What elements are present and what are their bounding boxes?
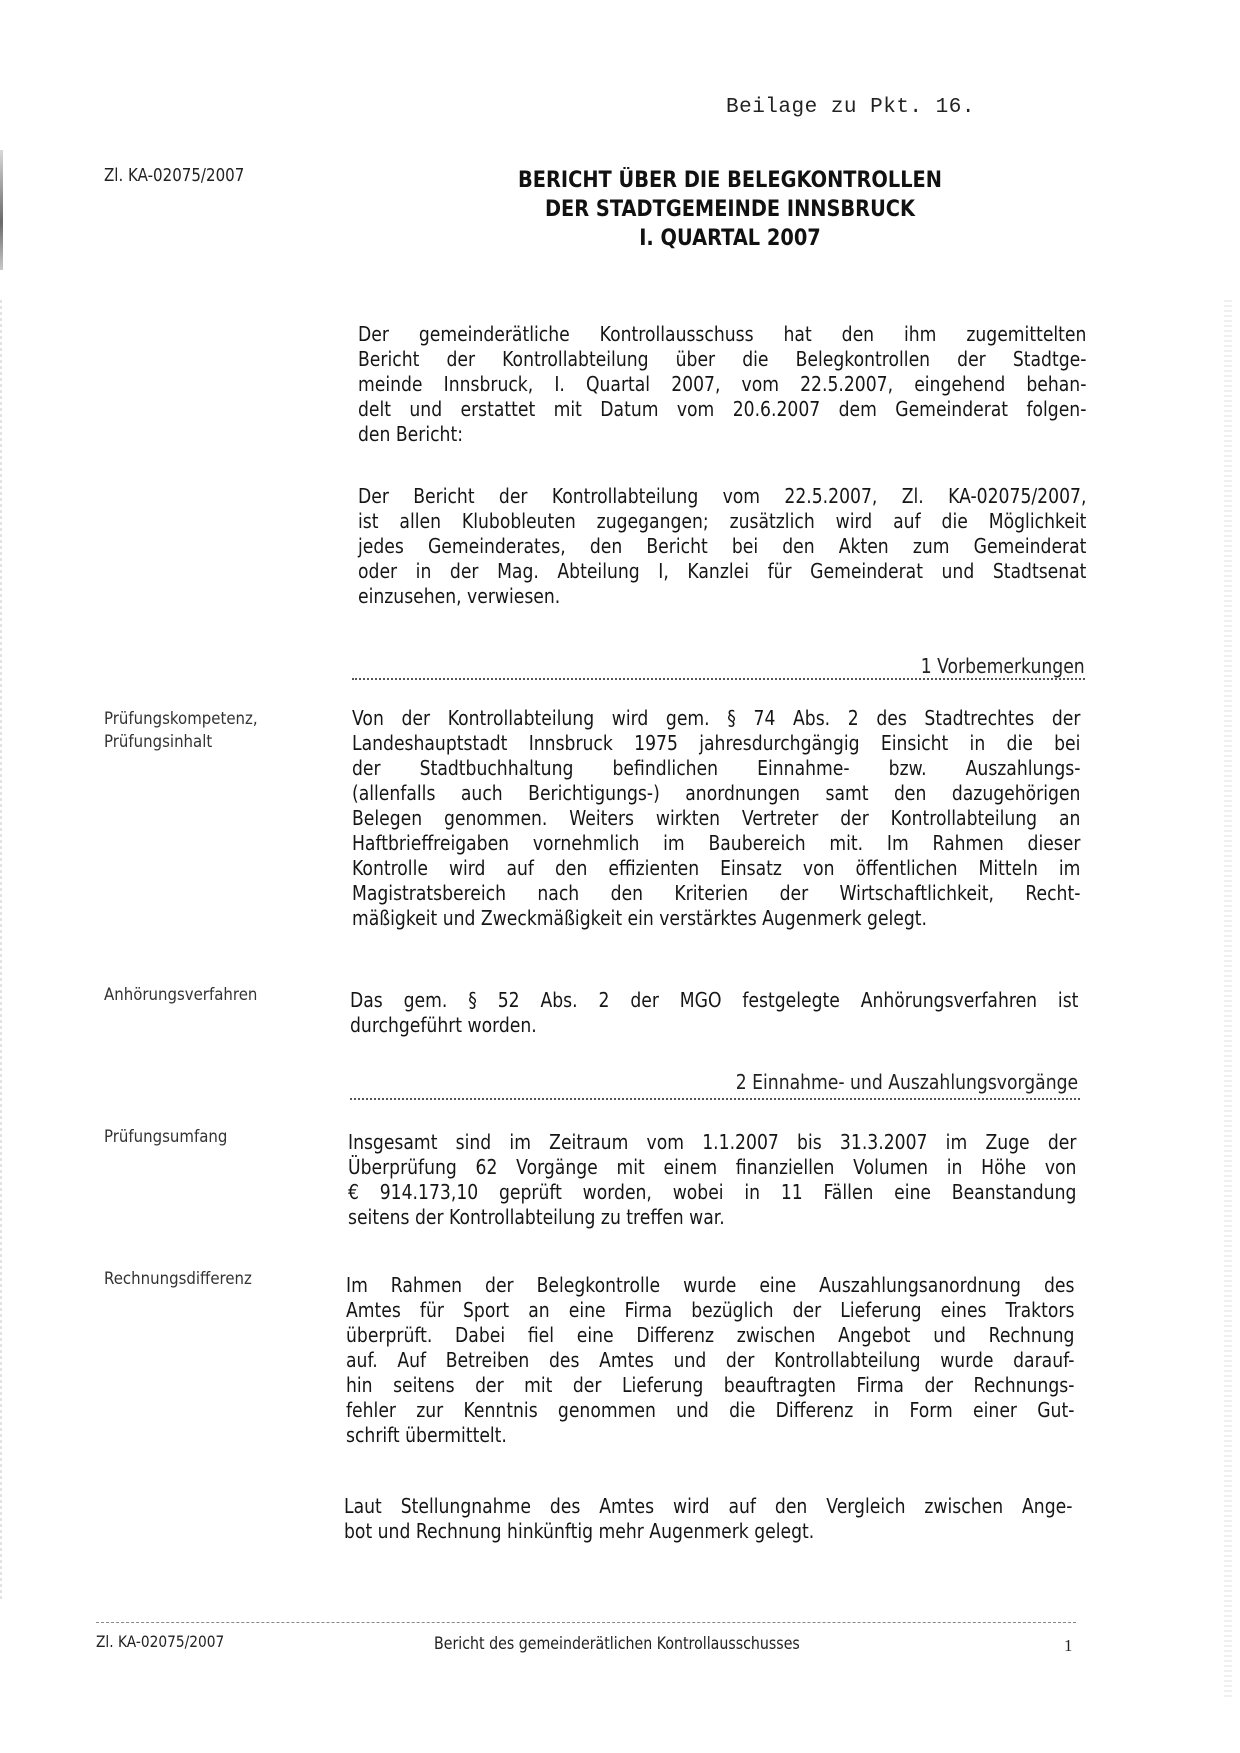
margin-label-pruefungsumfang: Prüfungsumfang bbox=[104, 1126, 227, 1149]
text-line: Magistratsbereich nach den Kriterien der… bbox=[352, 881, 1080, 906]
text-line: jedes Gemeinderates, den Bericht bei den… bbox=[358, 534, 1086, 559]
text-line: bot und Rechnung hinkünftig mehr Augenme… bbox=[344, 1519, 1072, 1544]
text-line: überprüft. Dabei fiel eine Differenz zwi… bbox=[346, 1323, 1074, 1348]
paragraph-anhoerungsverfahren: Das gem. § 52 Abs. 2 der MGO festgelegte… bbox=[350, 988, 1197, 1038]
text-line: Das gem. § 52 Abs. 2 der MGO festgelegte… bbox=[350, 988, 1078, 1013]
text-line: Insgesamt sind im Zeitraum vom 1.1.2007 … bbox=[348, 1130, 1076, 1155]
intro-paragraph-2: Der Bericht der Kontrollabteilung vom 22… bbox=[358, 484, 1205, 609]
text-line: schrift übermittelt. bbox=[346, 1423, 1074, 1448]
footer-title: Bericht des gemeinderätlichen Kontrollau… bbox=[434, 1634, 800, 1653]
section-divider bbox=[352, 678, 1085, 680]
text-line: Im Rahmen der Belegkontrolle wurde eine … bbox=[346, 1273, 1074, 1298]
scan-edge-artifact bbox=[0, 300, 2, 1600]
text-line: auf. Auf Betreiben des Amtes und der Kon… bbox=[346, 1348, 1074, 1373]
text-line: Kontrolle wird auf den effizienten Einsa… bbox=[352, 856, 1080, 881]
reference-number: Zl. KA-02075/2007 bbox=[104, 166, 244, 186]
title-line: I. QUARTAL 2007 bbox=[457, 224, 1003, 253]
margin-label-anhoerungsverfahren: Anhörungsverfahren bbox=[104, 984, 257, 1007]
text-line: Der gemeinderätliche Kontrollausschuss h… bbox=[358, 322, 1086, 347]
text-line: Überprüfung 62 Vorgänge mit einem finanz… bbox=[348, 1155, 1076, 1180]
section-heading-2: 2 Einnahme- und Auszahlungsvorgänge bbox=[736, 1070, 1078, 1094]
paragraph-pruefungskompetenz: Von der Kontrollabteilung wird gem. § 74… bbox=[352, 706, 1199, 931]
text-line: Amtes für Sport an eine Firma bezüglich … bbox=[346, 1298, 1074, 1323]
paragraph-pruefungsumfang: Insgesamt sind im Zeitraum vom 1.1.2007 … bbox=[348, 1130, 1195, 1230]
text-line: seitens der Kontrollabteilung zu treffen… bbox=[348, 1205, 1076, 1230]
paragraph-stellungnahme: Laut Stellungnahme des Amtes wird auf de… bbox=[344, 1494, 1191, 1544]
footer-divider bbox=[96, 1622, 1076, 1623]
title-line: DER STADTGEMEINDE INNSBRUCK bbox=[457, 195, 1003, 224]
section-divider bbox=[350, 1098, 1080, 1100]
text-line: fehler zur Kenntnis genommen und die Dif… bbox=[346, 1398, 1074, 1423]
text-line: mäßigkeit und Zweckmäßigkeit ein verstär… bbox=[352, 906, 1080, 931]
text-line: der Stadtbuchhaltung befindlichen Einnah… bbox=[352, 756, 1080, 781]
scan-edge-artifact bbox=[1224, 300, 1232, 1700]
text-line: € 914.173,10 geprüft worden, wobei in 11… bbox=[348, 1180, 1076, 1205]
text-line: Von der Kontrollabteilung wird gem. § 74… bbox=[352, 706, 1080, 731]
text-line: einzusehen, verwiesen. bbox=[358, 584, 1086, 609]
page-number: 1 bbox=[1064, 1636, 1073, 1656]
text-line: hin seitens der mit der Lieferung beauft… bbox=[346, 1373, 1074, 1398]
document-title: BERICHT ÜBER DIE BELEGKONTROLLEN DER STA… bbox=[457, 166, 1003, 253]
text-line: Bericht der Kontrollabteilung über die B… bbox=[358, 347, 1086, 372]
text-line: meinde Innsbruck, I. Quartal 2007, vom 2… bbox=[358, 372, 1086, 397]
text-line: oder in der Mag. Abteilung I, Kanzlei fü… bbox=[358, 559, 1086, 584]
text-line: Landeshauptstadt Innsbruck 1975 jahresdu… bbox=[352, 731, 1080, 756]
text-line: den Bericht: bbox=[358, 422, 1086, 447]
text-line: (allenfalls auch Berichtigungs-) anordnu… bbox=[352, 781, 1080, 806]
footer-reference: Zl. KA-02075/2007 bbox=[96, 1632, 224, 1651]
margin-label-pruefungskompetenz: Prüfungskompetenz, Prüfungsinhalt bbox=[104, 708, 258, 754]
scan-edge-artifact bbox=[0, 150, 3, 270]
text-line: Haftbrieffreigaben vornehmlich im Bauber… bbox=[352, 831, 1080, 856]
text-line: Der Bericht der Kontrollabteilung vom 22… bbox=[358, 484, 1086, 509]
text-line: delt und erstattet mit Datum vom 20.6.20… bbox=[358, 397, 1086, 422]
intro-paragraph-1: Der gemeinderätliche Kontrollausschuss h… bbox=[358, 322, 1205, 447]
text-line: ist allen Klubobleuten zugegangen; zusät… bbox=[358, 509, 1086, 534]
attachment-note: Beilage zu Pkt. 16. bbox=[726, 96, 975, 119]
title-line: BERICHT ÜBER DIE BELEGKONTROLLEN bbox=[457, 166, 1003, 195]
section-heading-1: 1 Vorbemerkungen bbox=[921, 654, 1085, 678]
text-line: durchgeführt worden. bbox=[350, 1013, 1078, 1038]
text-line: Belegen genommen. Weiters wirkten Vertre… bbox=[352, 806, 1080, 831]
paragraph-rechnungsdifferenz: Im Rahmen der Belegkontrolle wurde eine … bbox=[346, 1273, 1193, 1448]
text-line: Laut Stellungnahme des Amtes wird auf de… bbox=[344, 1494, 1072, 1519]
margin-label-rechnungsdifferenz: Rechnungsdifferenz bbox=[104, 1268, 252, 1291]
